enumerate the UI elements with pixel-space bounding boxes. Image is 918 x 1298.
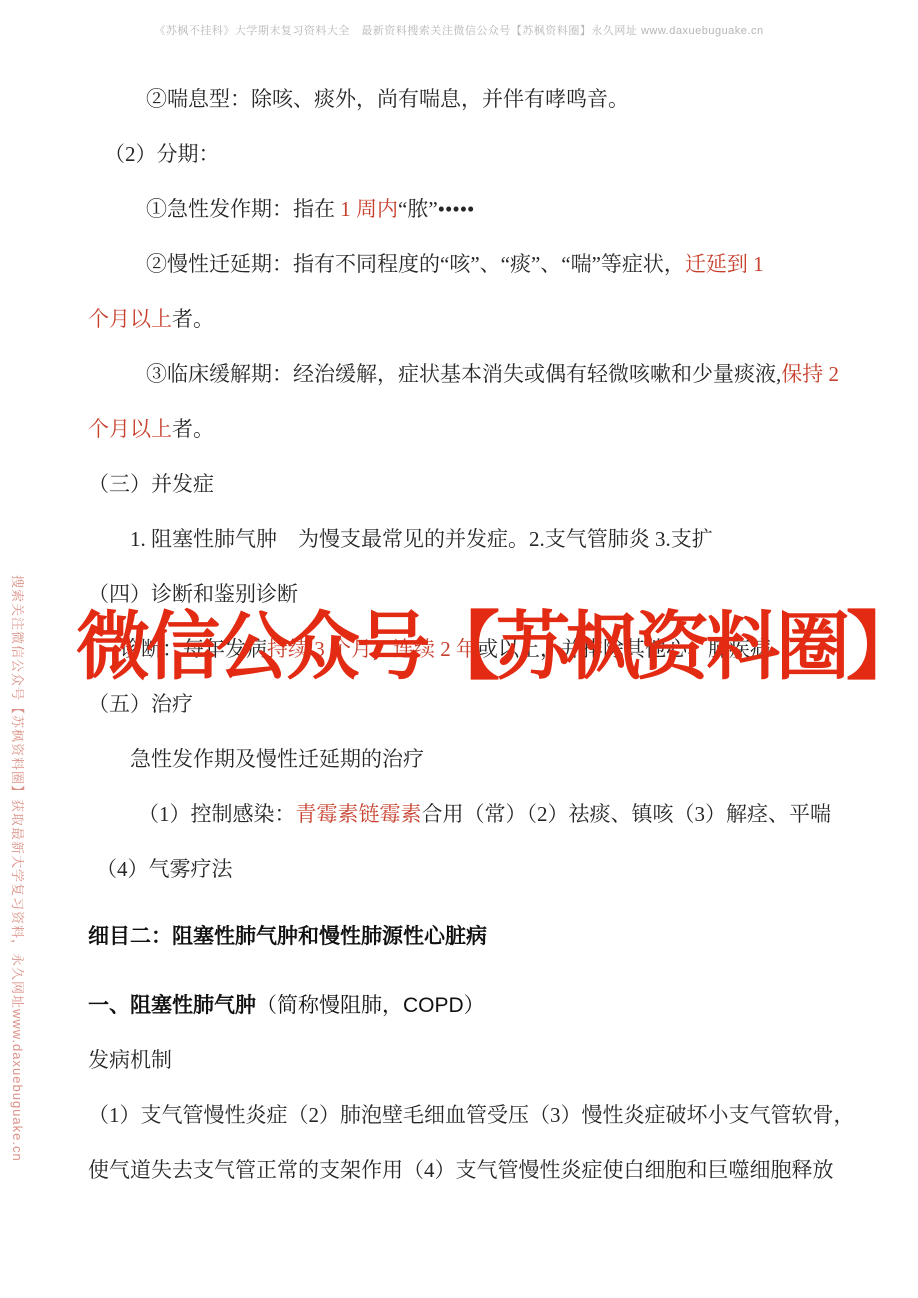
body-text: 使气道失去支气管正常的支架作用（4）支气管慢性炎症使白细胞和巨噬细胞释放	[88, 1158, 834, 1182]
body-text: ②慢性迁延期：指有不同程度的“咳”、“痰”、“喘”等症状，	[146, 252, 685, 276]
document-line: 一、阻塞性肺气肿（简称慢阻肺，COPD）	[88, 978, 878, 1033]
emphasis-text: 迁延到 1	[685, 252, 764, 276]
body-text: 1. 阻塞性肺气肿 为慢支最常见的并发症。2.支气管肺炎 3.支扩	[130, 527, 713, 551]
body-text: 急性发作期及慢性迁延期的治疗	[130, 747, 424, 771]
body-text: （2）分期：	[104, 142, 220, 166]
document-line: 使气道失去支气管正常的支架作用（4）支气管慢性炎症使白细胞和巨噬细胞释放	[88, 1143, 878, 1198]
emphasis-text: 个月以上	[88, 307, 172, 331]
body-text: （4）气雾疗法	[96, 857, 233, 881]
body-text: 细目二：阻塞性肺气肿和慢性肺源性心脏病	[88, 925, 487, 948]
body-text: ③临床缓解期：经治缓解，症状基本消失或偶有轻微咳嗽和少量痰液,	[146, 362, 781, 386]
emphasis-text: 1 周内	[340, 197, 398, 221]
body-text: （五）治疗	[88, 692, 193, 716]
center-watermark-text: 微信公众号【苏枫资料圈】	[76, 588, 916, 694]
body-text: （1）支气管慢性炎症（2）肺泡壁毛细血管受压（3）慢性炎症破坏小支气管软骨，	[88, 1103, 855, 1127]
body-text: 一、阻塞性肺气肿	[88, 994, 256, 1017]
body-text: 者。	[172, 417, 214, 441]
body-text: ①急性发作期：指在	[146, 197, 340, 221]
document-line: （三）并发症	[88, 457, 878, 512]
body-text: 者。	[172, 307, 214, 331]
document-line: （4）气雾疗法	[88, 842, 878, 897]
document-line: （1）控制感染：青霉素链霉素合用（常）（2）祛痰、镇咳（3）解痉、平喘	[88, 787, 878, 842]
document-line: ①急性发作期：指在 1 周内“脓”•••••	[88, 182, 878, 237]
document-line: 个月以上者。	[88, 402, 878, 457]
document-line: （1）支气管慢性炎症（2）肺泡壁毛细血管受压（3）慢性炎症破坏小支气管软骨，	[88, 1088, 878, 1143]
emphasis-text: 青霉素链霉素	[296, 802, 422, 826]
body-text: （三）并发症	[88, 472, 214, 496]
body-text: 发病机制	[88, 1048, 172, 1072]
page-header-text: 《苏枫不挂科》大学期末复习资料大全 最新资料搜索关注微信公众号【苏枫资料圈】永久…	[0, 22, 918, 38]
body-text: 合用（常）（2）祛痰、镇咳（3）解痉、平喘	[422, 802, 832, 826]
document-line: 急性发作期及慢性迁延期的治疗	[88, 732, 878, 787]
document-line: 个月以上者。	[88, 292, 878, 347]
document-line: 细目二：阻塞性肺气肿和慢性肺源性心脏病	[88, 909, 878, 964]
emphasis-text: 保持 2	[781, 362, 839, 386]
body-text: ②喘息型：除咳、痰外，尚有喘息，并伴有哮鸣音。	[146, 87, 629, 111]
document-line: ③临床缓解期：经治缓解，症状基本消失或偶有轻微咳嗽和少量痰液,保持 2	[88, 347, 878, 402]
document-line: ②慢性迁延期：指有不同程度的“咳”、“痰”、“喘”等症状，迁延到 1	[88, 237, 878, 292]
document-line: 1. 阻塞性肺气肿 为慢支最常见的并发症。2.支气管肺炎 3.支扩	[88, 512, 878, 567]
body-text: （1）控制感染：	[138, 802, 296, 826]
emphasis-text: 个月以上	[88, 417, 172, 441]
document-line: （2）分期：	[88, 127, 878, 182]
document-line: ②喘息型：除咳、痰外，尚有喘息，并伴有哮鸣音。	[88, 72, 878, 127]
document-line: 发病机制	[88, 1033, 878, 1088]
body-text: （简称慢阻肺，COPD）	[256, 994, 485, 1017]
side-watermark-text: 搜索关注微信公众号【苏枫资料圈】获取最新大学复习资料，永久网址www.daxue…	[9, 575, 28, 1162]
document-page: 《苏枫不挂科》大学期末复习资料大全 最新资料搜索关注微信公众号【苏枫资料圈】永久…	[0, 0, 918, 1298]
body-text: “脓”•••••	[398, 197, 474, 221]
